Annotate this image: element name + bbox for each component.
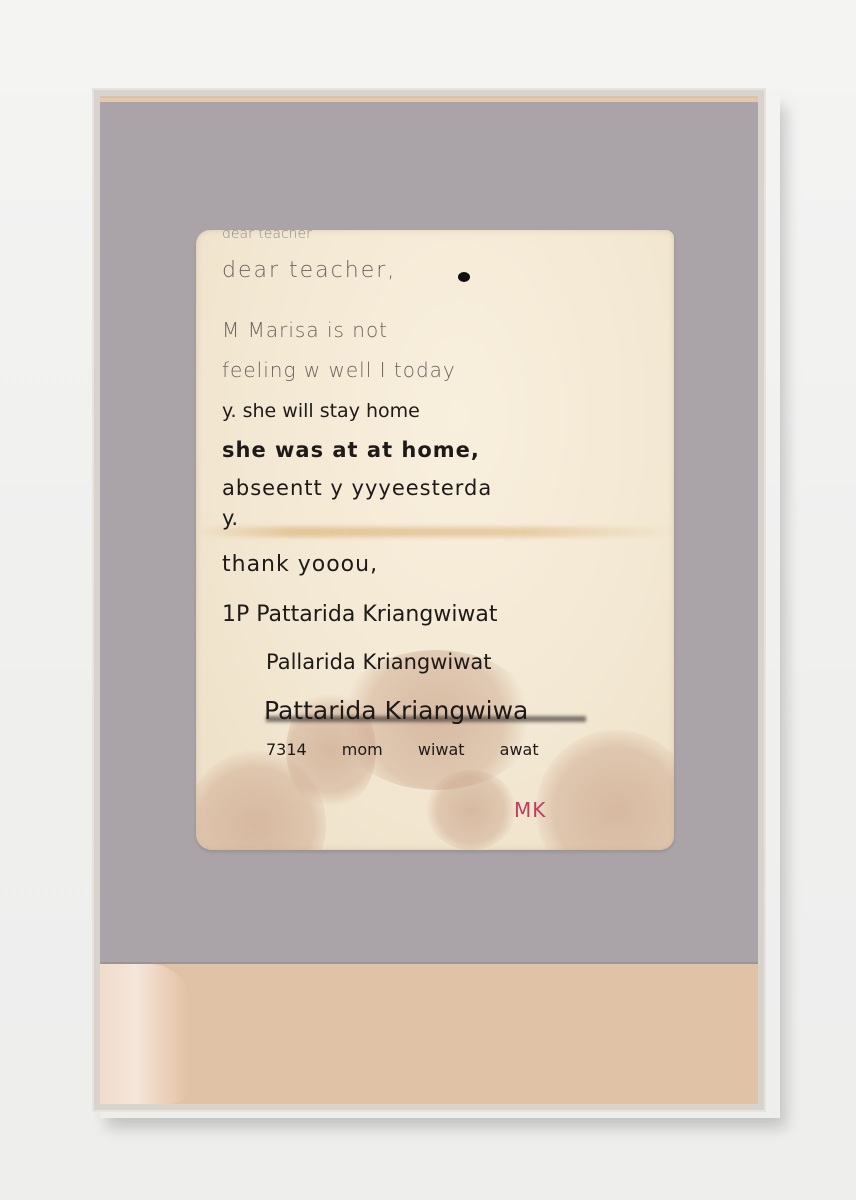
ink-dot [458, 272, 470, 282]
mirrored-signature-line: 7314 mom wiwat awat [266, 740, 539, 759]
letter-line-3: feeling w well I today [222, 358, 456, 382]
letter-line-8: thank yoоou, [222, 552, 378, 577]
water-stain [196, 527, 674, 537]
embroidered-letter-cloth: dear teacher dear teacher, M Marisa is n… [196, 230, 674, 850]
tan-backing-board [100, 964, 758, 1104]
artist-initials: MK [514, 798, 546, 822]
letter-line-1: dear teacher, [222, 258, 396, 283]
frame-backing: dear teacher dear teacher, M Marisa is n… [100, 96, 758, 1104]
letter-line-7: y. [222, 506, 238, 530]
lace-motif-center-bottom [426, 770, 516, 850]
artwork-frame: dear teacher dear teacher, M Marisa is n… [92, 88, 766, 1112]
signature-line-1: 1P Pattarida Kriangwiwat [222, 602, 498, 627]
letter-line-6: abseentt y yyyeesterda [222, 476, 492, 500]
peeled-board-area [100, 964, 190, 1104]
letter-line-2: M Marisa is not [222, 318, 388, 342]
gray-mat-board: dear teacher dear teacher, M Marisa is n… [100, 102, 758, 964]
smudged-strikethrough [266, 716, 586, 722]
letter-line-5: she was at at home, [222, 438, 480, 462]
letter-ghost-line: dear teacher [222, 230, 312, 242]
signature-line-2: Pallarida Kriangwiwat [266, 650, 492, 674]
lace-motif-right [536, 730, 674, 850]
letter-line-4: y. she will stay home [222, 400, 420, 422]
